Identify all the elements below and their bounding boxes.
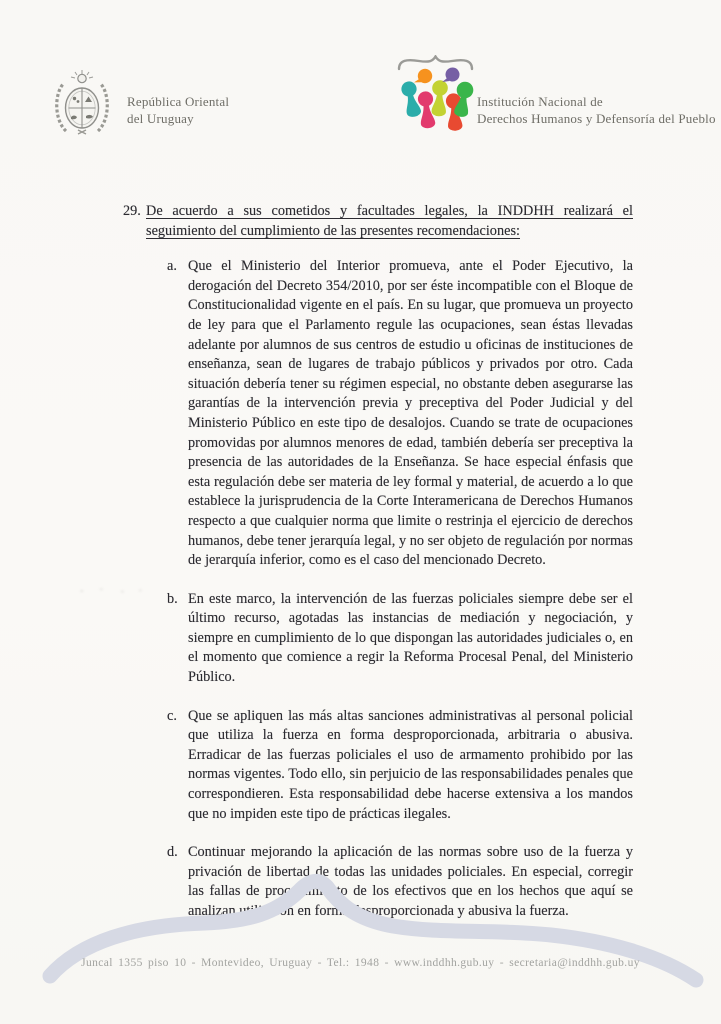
list-item-b: b. En este marco, la intervención de las… <box>167 590 633 688</box>
recommendation-list: a. Que el Ministerio del Interior promue… <box>167 257 633 921</box>
list-item-a-marker: a. <box>167 257 188 571</box>
inddhh-org-line2: Derechos Humanos y Defensoría del Pueblo <box>477 110 716 127</box>
list-item-c-text: Que se apliquen las más altas sanciones … <box>188 707 633 825</box>
brace-icon <box>399 57 472 70</box>
scanned-document-page: República Oriental del Uruguay <box>0 0 721 1024</box>
inddhh-org-line1: Institución Nacional de <box>477 93 716 110</box>
scan-smudge-artifact <box>74 585 152 597</box>
footer-wave-graphic <box>0 856 721 1024</box>
list-item-c-marker: c. <box>167 707 188 825</box>
footer-address: Juncal 1355 piso 10 - Montevideo, Urugua… <box>0 957 721 969</box>
republic-org-line2: del Uruguay <box>127 110 229 127</box>
item-29-heading: De acuerdo a sus cometidos y facultades … <box>146 202 633 241</box>
list-item-a-text: Que el Ministerio del Interior promueva,… <box>188 257 633 571</box>
list-item-b-text: En este marco, la intervención de las fu… <box>188 590 633 688</box>
list-item-a: a. Que el Ministerio del Interior promue… <box>167 257 633 571</box>
uruguay-coat-of-arms-icon <box>47 68 117 142</box>
list-item-b-marker: b. <box>167 590 188 688</box>
republic-org-name: República Oriental del Uruguay <box>127 93 229 127</box>
republic-org-line1: República Oriental <box>127 93 229 110</box>
item-29-number: 29. <box>123 202 146 241</box>
inddhh-org-name: Institución Nacional de Derechos Humanos… <box>477 93 716 127</box>
inddhh-logo-icon <box>396 55 476 145</box>
document-body: 29. De acuerdo a sus cometidos y faculta… <box>123 202 633 922</box>
orange-drop-icon <box>414 67 434 88</box>
lime-figure-icon <box>431 80 448 117</box>
list-item-c: c. Que se apliquen las más altas sancion… <box>167 707 633 825</box>
item-29: 29. De acuerdo a sus cometidos y faculta… <box>123 202 633 241</box>
